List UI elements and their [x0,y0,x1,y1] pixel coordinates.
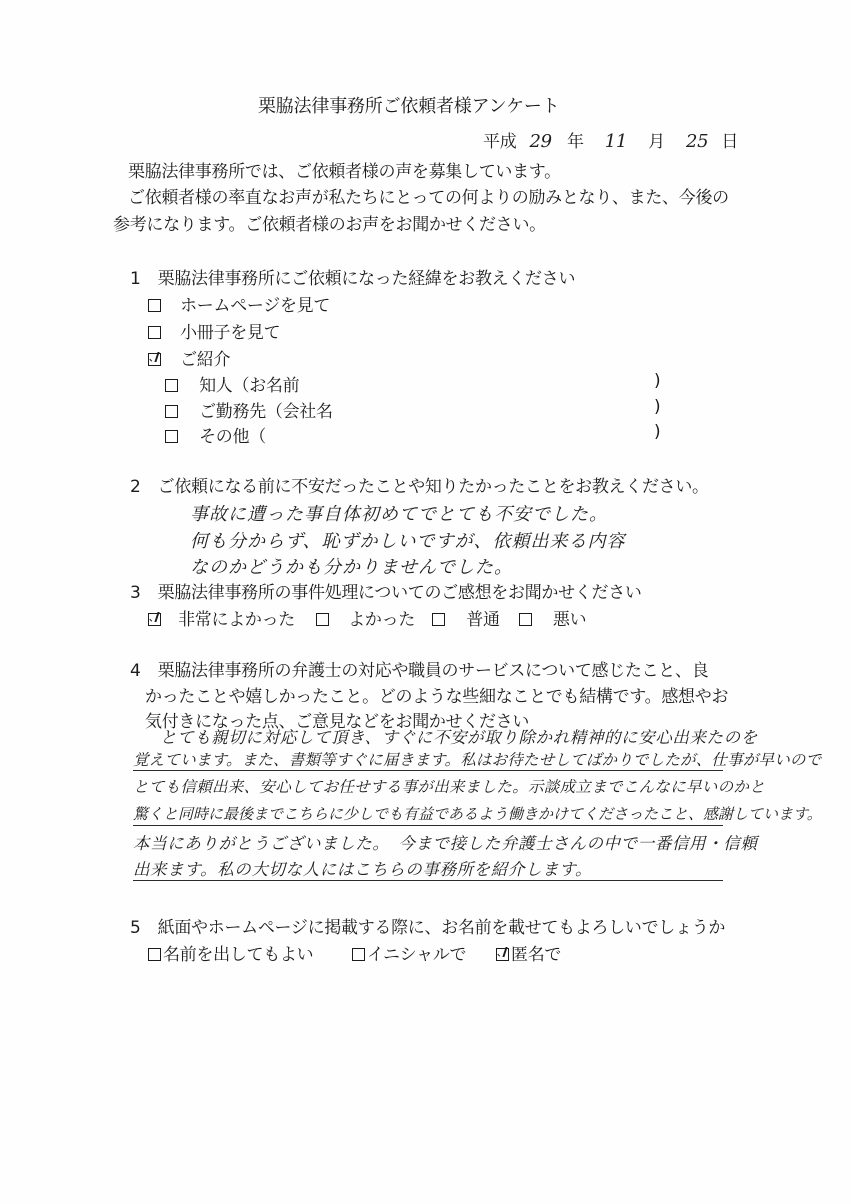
q4-answer-line-3: とても信頼出来、安心してお任せする事が出来ました。示談成立までこんなに早いのかと [133,775,765,797]
q3-option-good: よかった [348,610,415,630]
intro-line-2: ご依頼者様の率直なお声が私たちにとっての何よりの励みとなり、また、今後の [128,183,729,208]
q1-sub-label: ご勤務先（会社名 [199,402,333,422]
date-year-unit: 年 [567,132,584,152]
checkbox-acquaintance[interactable] [165,379,178,392]
q5-text: 紙面やホームページに掲載する際に、お名前を載せてもよろしいでしょうか [158,918,725,938]
checkbox-good[interactable] [316,613,329,626]
q2-answer-line-1: 事故に遭った事自体初めてでとても不安でした。 [190,500,608,526]
q3-number: 3 [130,583,141,603]
q2-answer-line-2: 何も分からず、恥ずかしいですが、依頼出来る内容 [190,527,626,553]
q1-sub-label: その他（ [199,427,266,447]
paren-close: ) [654,397,661,417]
paren-close: ) [654,371,661,391]
q5-option-anonymous[interactable]: 匿名で [496,940,561,965]
checkbox-average[interactable] [432,613,445,626]
checkbox-other[interactable] [165,430,178,443]
document-title: 栗脇法律事務所ご依頼者様アンケート [258,92,560,118]
date-day: 25 [686,131,708,152]
q1-option-booklet[interactable]: 小冊子を見て [148,318,280,343]
q4-question-line-2: かったことや嬉しかったこと。どのような些細なことでも結構です。感想やお [145,682,728,707]
checkbox-homepage[interactable] [148,299,161,312]
q1-option-homepage[interactable]: ホームページを見て [148,291,330,316]
q2-question: 2 ご依頼になる前に不安だったことや知りたかったことをお教えください。 [130,472,709,497]
q3-option-average: 普通 [466,610,499,630]
date-line: 平成 29 年 11 月 25 日 [483,127,738,152]
checkbox-initials[interactable] [352,948,365,961]
date-day-unit: 日 [721,132,738,152]
survey-page: 栗脇法律事務所ご依頼者様アンケート 平成 29 年 11 月 25 日 栗脇法律… [0,0,850,1204]
answer-rule [133,825,723,826]
checkbox-bad[interactable] [519,613,532,626]
checkbox-very-good-checked[interactable] [148,613,161,626]
date-year: 29 [530,131,552,152]
q1-option-label: ホームページを見て [180,296,330,316]
checkbox-anonymous-checked[interactable] [496,948,509,961]
q5-number: 5 [130,918,141,938]
q5-question: 5 紙面やホームページに掲載する際に、お名前を載せてもよろしいでしょうか [130,913,725,938]
date-month-unit: 月 [648,132,665,152]
q5-option-label: イニシャルで [367,945,466,965]
q1-sub-workplace[interactable]: ご勤務先（会社名 [165,397,333,422]
answer-rule [133,770,723,771]
q4-answer-line-6: 出来ます。私の大切な人にはこちらの事務所を紹介します。 [133,856,592,880]
q1-question: 1 栗脇法律事務所にご依頼になった経緯をお教えください [130,264,575,289]
q4-question-line-1: 4 栗脇法律事務所の弁護士の対応や職員のサービスについて感じたこと、良 [130,656,708,681]
paren-close: ) [654,422,661,442]
intro-line-3: 参考になります。ご依頼者様のお声をお聞かせください。 [113,210,546,235]
q3-options: 非常によかった よかった 普通 悪い [148,605,586,630]
q1-option-label: 小冊子を見て [180,323,280,343]
q1-option-referral[interactable]: ご紹介 [148,345,230,370]
q1-sub-label: 知人（お名前 [199,376,299,396]
checkbox-workplace[interactable] [165,405,178,418]
answer-rule [133,880,723,881]
q1-number: 1 [130,269,141,289]
q1-text: 栗脇法律事務所にご依頼になった経緯をお教えください [158,269,576,289]
q3-option-very-good: 非常によかった [178,610,295,630]
q4-answer-line-5: 本当にありがとうございました。 今まで接した弁護士さんの中で一番信用・信頼 [133,830,757,854]
q2-text: ご依頼になる前に不安だったことや知りたかったことをお教えください。 [158,477,709,497]
q3-option-bad: 悪い [553,610,586,630]
q2-answer-line-3: なのかどうかも分かりませんでした。 [190,553,513,579]
q1-sub-other[interactable]: その他（ [165,422,266,447]
q1-sub-acquaintance[interactable]: 知人（お名前 [165,371,299,396]
q5-option-label: 匿名で [511,945,561,965]
q5-option-fullname[interactable]: 名前を出してもよい [148,940,313,965]
q4-answer-line-4: 驚くと同時に最後までこちらに少しでも有益であるよう働きかけてくださったこと、感謝… [133,803,822,824]
checkbox-referral-checked[interactable] [148,353,161,366]
q5-option-label: 名前を出してもよい [163,945,313,965]
q1-option-label: ご紹介 [180,350,230,370]
q4-text: 栗脇法律事務所の弁護士の対応や職員のサービスについて感じたこと、良 [158,661,709,681]
date-era: 平成 [483,132,516,152]
q3-question: 3 栗脇法律事務所の事件処理についてのご感想をお聞かせください [130,578,642,603]
intro-line-1: 栗脇法律事務所では、ご依頼者様の声を募集しています。 [128,157,561,182]
checkbox-booklet[interactable] [148,326,161,339]
q5-option-initials[interactable]: イニシャルで [352,940,466,965]
q4-answer-line-1: とても親切に対応して頂き、すぐに不安が取り除かれ精神的に安心出来たのを [160,724,758,748]
checkbox-fullname[interactable] [148,948,161,961]
q4-answer-line-2: 覚えています。また、書類等すぐに届きます。私はお待たせしてばかりでしたが、仕事が… [133,748,821,770]
q3-text: 栗脇法律事務所の事件処理についてのご感想をお聞かせください [158,583,642,603]
q4-number: 4 [130,661,141,681]
date-month: 11 [605,131,627,152]
q2-number: 2 [130,477,141,497]
